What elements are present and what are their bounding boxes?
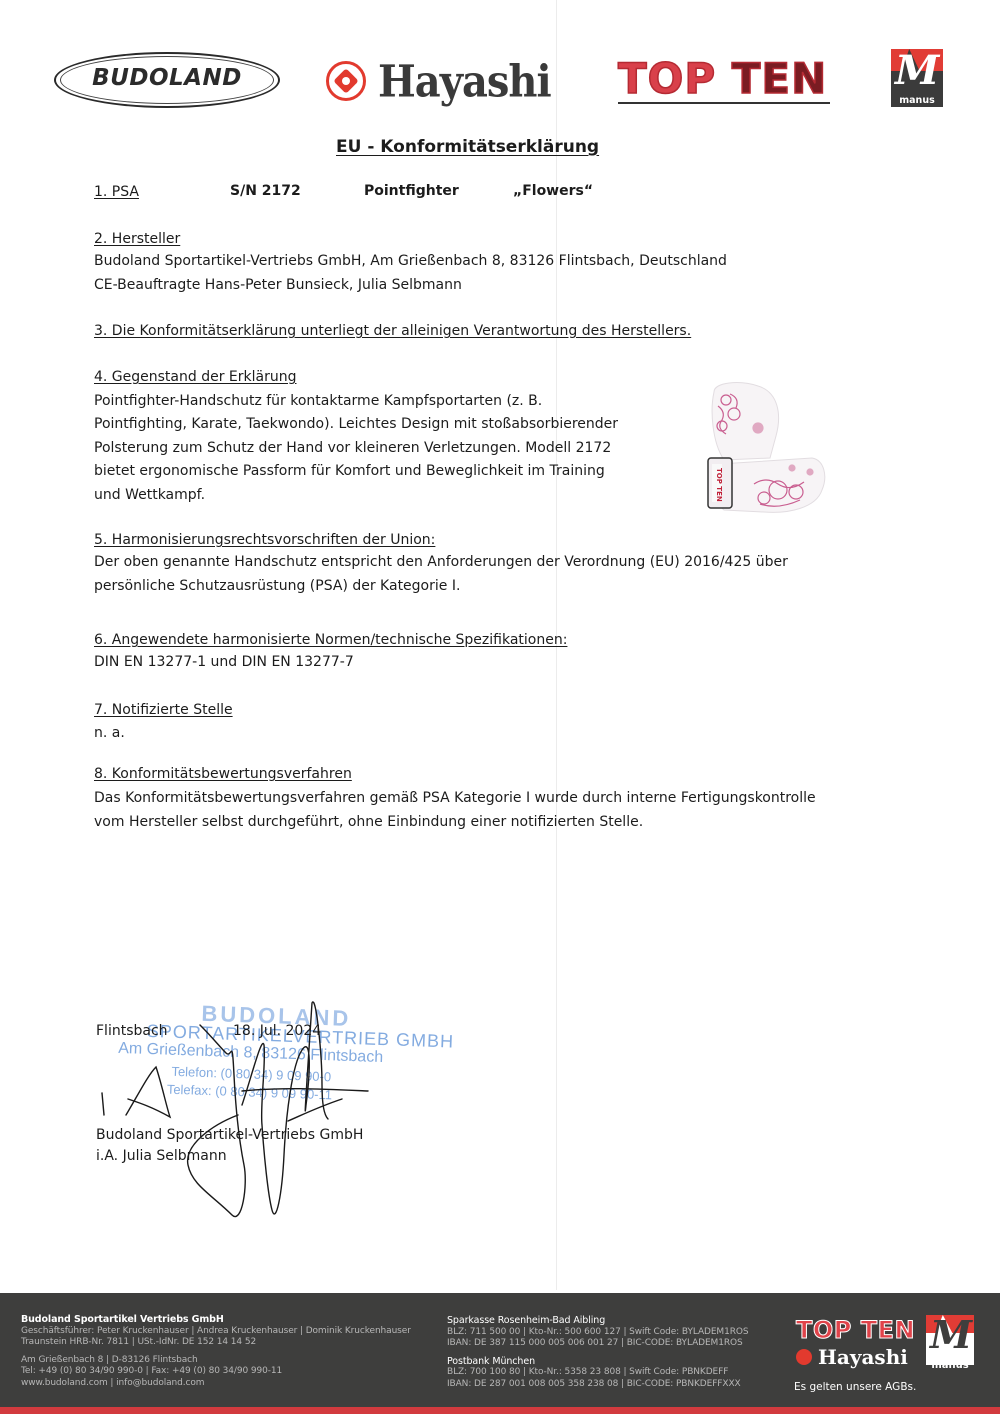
topten-logo-top: TOP bbox=[618, 54, 732, 103]
manufacturer-address: Budoland Sportartikel-Vertriebs GmbH, Am… bbox=[94, 250, 727, 274]
section3-heading: 3. Die Konformitätserklärung unterliegt … bbox=[94, 320, 691, 344]
topten-logo-text: TOP TEN bbox=[618, 57, 827, 101]
section1-heading: 1. PSA bbox=[94, 181, 139, 205]
notified-body: n. a. bbox=[94, 722, 125, 746]
footer-company-block: Budoland Sportartikel Vertriebs GmbH Ges… bbox=[21, 1314, 411, 1389]
footer-manus-logo: M bbox=[926, 1315, 974, 1365]
footer-bank2-name: Postbank München bbox=[447, 1356, 748, 1368]
footer-address-line: Am Grießenbach 8 | D-83126 Flintsbach bbox=[21, 1355, 411, 1367]
section4-line: Pointfighting, Karate, Taekwondo). Leich… bbox=[94, 413, 618, 437]
hayashi-logo-text: Hayashi bbox=[378, 55, 551, 107]
footer-red-stripe bbox=[0, 1407, 1000, 1414]
section5-line: Der oben genannte Handschutz entspricht … bbox=[94, 551, 788, 575]
budoland-logo: BUDOLAND bbox=[54, 52, 280, 108]
signature-date: 18. Jul. 2024 bbox=[233, 1020, 321, 1044]
footer-company-line: Geschäftsführer: Peter Kruckenhauser | A… bbox=[21, 1326, 411, 1338]
section4-line: bietet ergonomische Passform für Komfort… bbox=[94, 460, 605, 484]
manus-logo: M manus bbox=[891, 49, 943, 107]
manus-m-icon: M bbox=[930, 1315, 972, 1355]
glove-brand-label: TOP TEN bbox=[715, 468, 723, 502]
footer-bank2-line: BLZ: 700 100 80 | Kto-Nr.: 5358 23 808 |… bbox=[447, 1367, 748, 1379]
hayashi-logo: Hayashi bbox=[326, 56, 576, 106]
footer-company-name: Budoland Sportartikel Vertriebs GmbH bbox=[21, 1314, 411, 1326]
document-title: EU - Konformitätserklärung bbox=[336, 136, 599, 160]
manus-m-icon: M bbox=[895, 51, 939, 91]
footer-bank1-line: IBAN: DE 387 115 000 005 006 001 27 | BI… bbox=[447, 1338, 748, 1350]
footer-contact-line: Tel: +49 (0) 80 34/90 990-0 | Fax: +49 (… bbox=[21, 1366, 411, 1378]
topten-logo: TOP TEN bbox=[618, 56, 830, 104]
section8-line: vom Hersteller selbst durchgeführt, ohne… bbox=[94, 811, 643, 835]
section4-line: und Wettkampf. bbox=[94, 484, 205, 508]
footer-company-line: Traunstein HRB-Nr. 7811 | USt.-IdNr. DE … bbox=[21, 1337, 411, 1349]
footer-bank-block: Sparkasse Rosenheim-Bad Aibling BLZ: 711… bbox=[447, 1315, 748, 1390]
section4-heading: 4. Gegenstand der Erklärung bbox=[94, 366, 297, 390]
footer-topten-logo: TOP TEN bbox=[796, 1317, 915, 1343]
hayashi-emblem-icon bbox=[326, 61, 366, 101]
page-footer: Budoland Sportartikel Vertriebs GmbH Ges… bbox=[0, 1293, 1000, 1407]
signature-company: Budoland Sportartikel-Vertriebs GmbH bbox=[96, 1124, 363, 1148]
section6-heading: 6. Angewendete harmonisierte Normen/tech… bbox=[94, 629, 567, 653]
manus-label: manus bbox=[891, 95, 943, 106]
footer-agb-notice: Es gelten unsere AGBs. bbox=[794, 1381, 916, 1393]
topten-logo-ten: TEN bbox=[732, 54, 828, 103]
section5-heading: 5. Harmonisierungsrechtsvorschriften der… bbox=[94, 529, 435, 553]
section4-line: Polsterung zum Schutz der Hand vor klein… bbox=[94, 437, 611, 461]
product-glove-image: TOP TEN bbox=[700, 380, 828, 514]
ce-representatives: CE-Beauftragte Hans-Peter Bunsieck, Juli… bbox=[94, 274, 462, 298]
budoland-logo-text: BUDOLAND bbox=[54, 65, 280, 91]
footer-manus-label: manus bbox=[926, 1360, 974, 1371]
section8-line: Das Konformitätsbewertungsverfahren gemä… bbox=[94, 787, 816, 811]
section7-heading: 7. Notifizierte Stelle bbox=[94, 699, 233, 723]
footer-bank1-line: BLZ: 711 500 00 | Kto-Nr.: 500 600 127 |… bbox=[447, 1327, 748, 1339]
standards: DIN EN 13277-1 und DIN EN 13277-7 bbox=[94, 651, 354, 675]
section5-line: persönliche Schutzausrüstung (PSA) der K… bbox=[94, 575, 460, 599]
company-stamp: BUDOLAND SPORTARTIKELVERTRIEB GMBH Am Gr… bbox=[108, 998, 422, 1119]
stamp-line: Telefon: (0 80 34) 9 09 90-0 bbox=[171, 1064, 331, 1085]
serial-number: S/N 2172 bbox=[230, 180, 301, 204]
footer-web-line: www.budoland.com | info@budoland.com bbox=[21, 1378, 411, 1390]
signature-signer: i.A. Julia Selbmann bbox=[96, 1145, 227, 1169]
product-name: Pointfighter bbox=[364, 180, 459, 204]
signature-place: Flintsbach bbox=[96, 1020, 168, 1044]
model-name: „Flowers“ bbox=[513, 180, 593, 204]
stamp-line: Telefax: (0 80 34) 9 09 90-11 bbox=[167, 1082, 333, 1103]
footer-bank2-line: IBAN: DE 287 001 008 005 358 238 08 | BI… bbox=[447, 1379, 748, 1391]
footer-hayashi-text: Hayashi bbox=[818, 1345, 908, 1369]
hayashi-emblem-icon bbox=[796, 1349, 812, 1365]
section2-heading: 2. Hersteller bbox=[94, 228, 180, 252]
footer-hayashi-logo: Hayashi bbox=[796, 1345, 908, 1369]
section8-heading: 8. Konformitätsbewertungsverfahren bbox=[94, 763, 352, 787]
section4-line: Pointfighter-Handschutz für kontaktarme … bbox=[94, 390, 542, 414]
footer-bank1-name: Sparkasse Rosenheim-Bad Aibling bbox=[447, 1315, 748, 1327]
